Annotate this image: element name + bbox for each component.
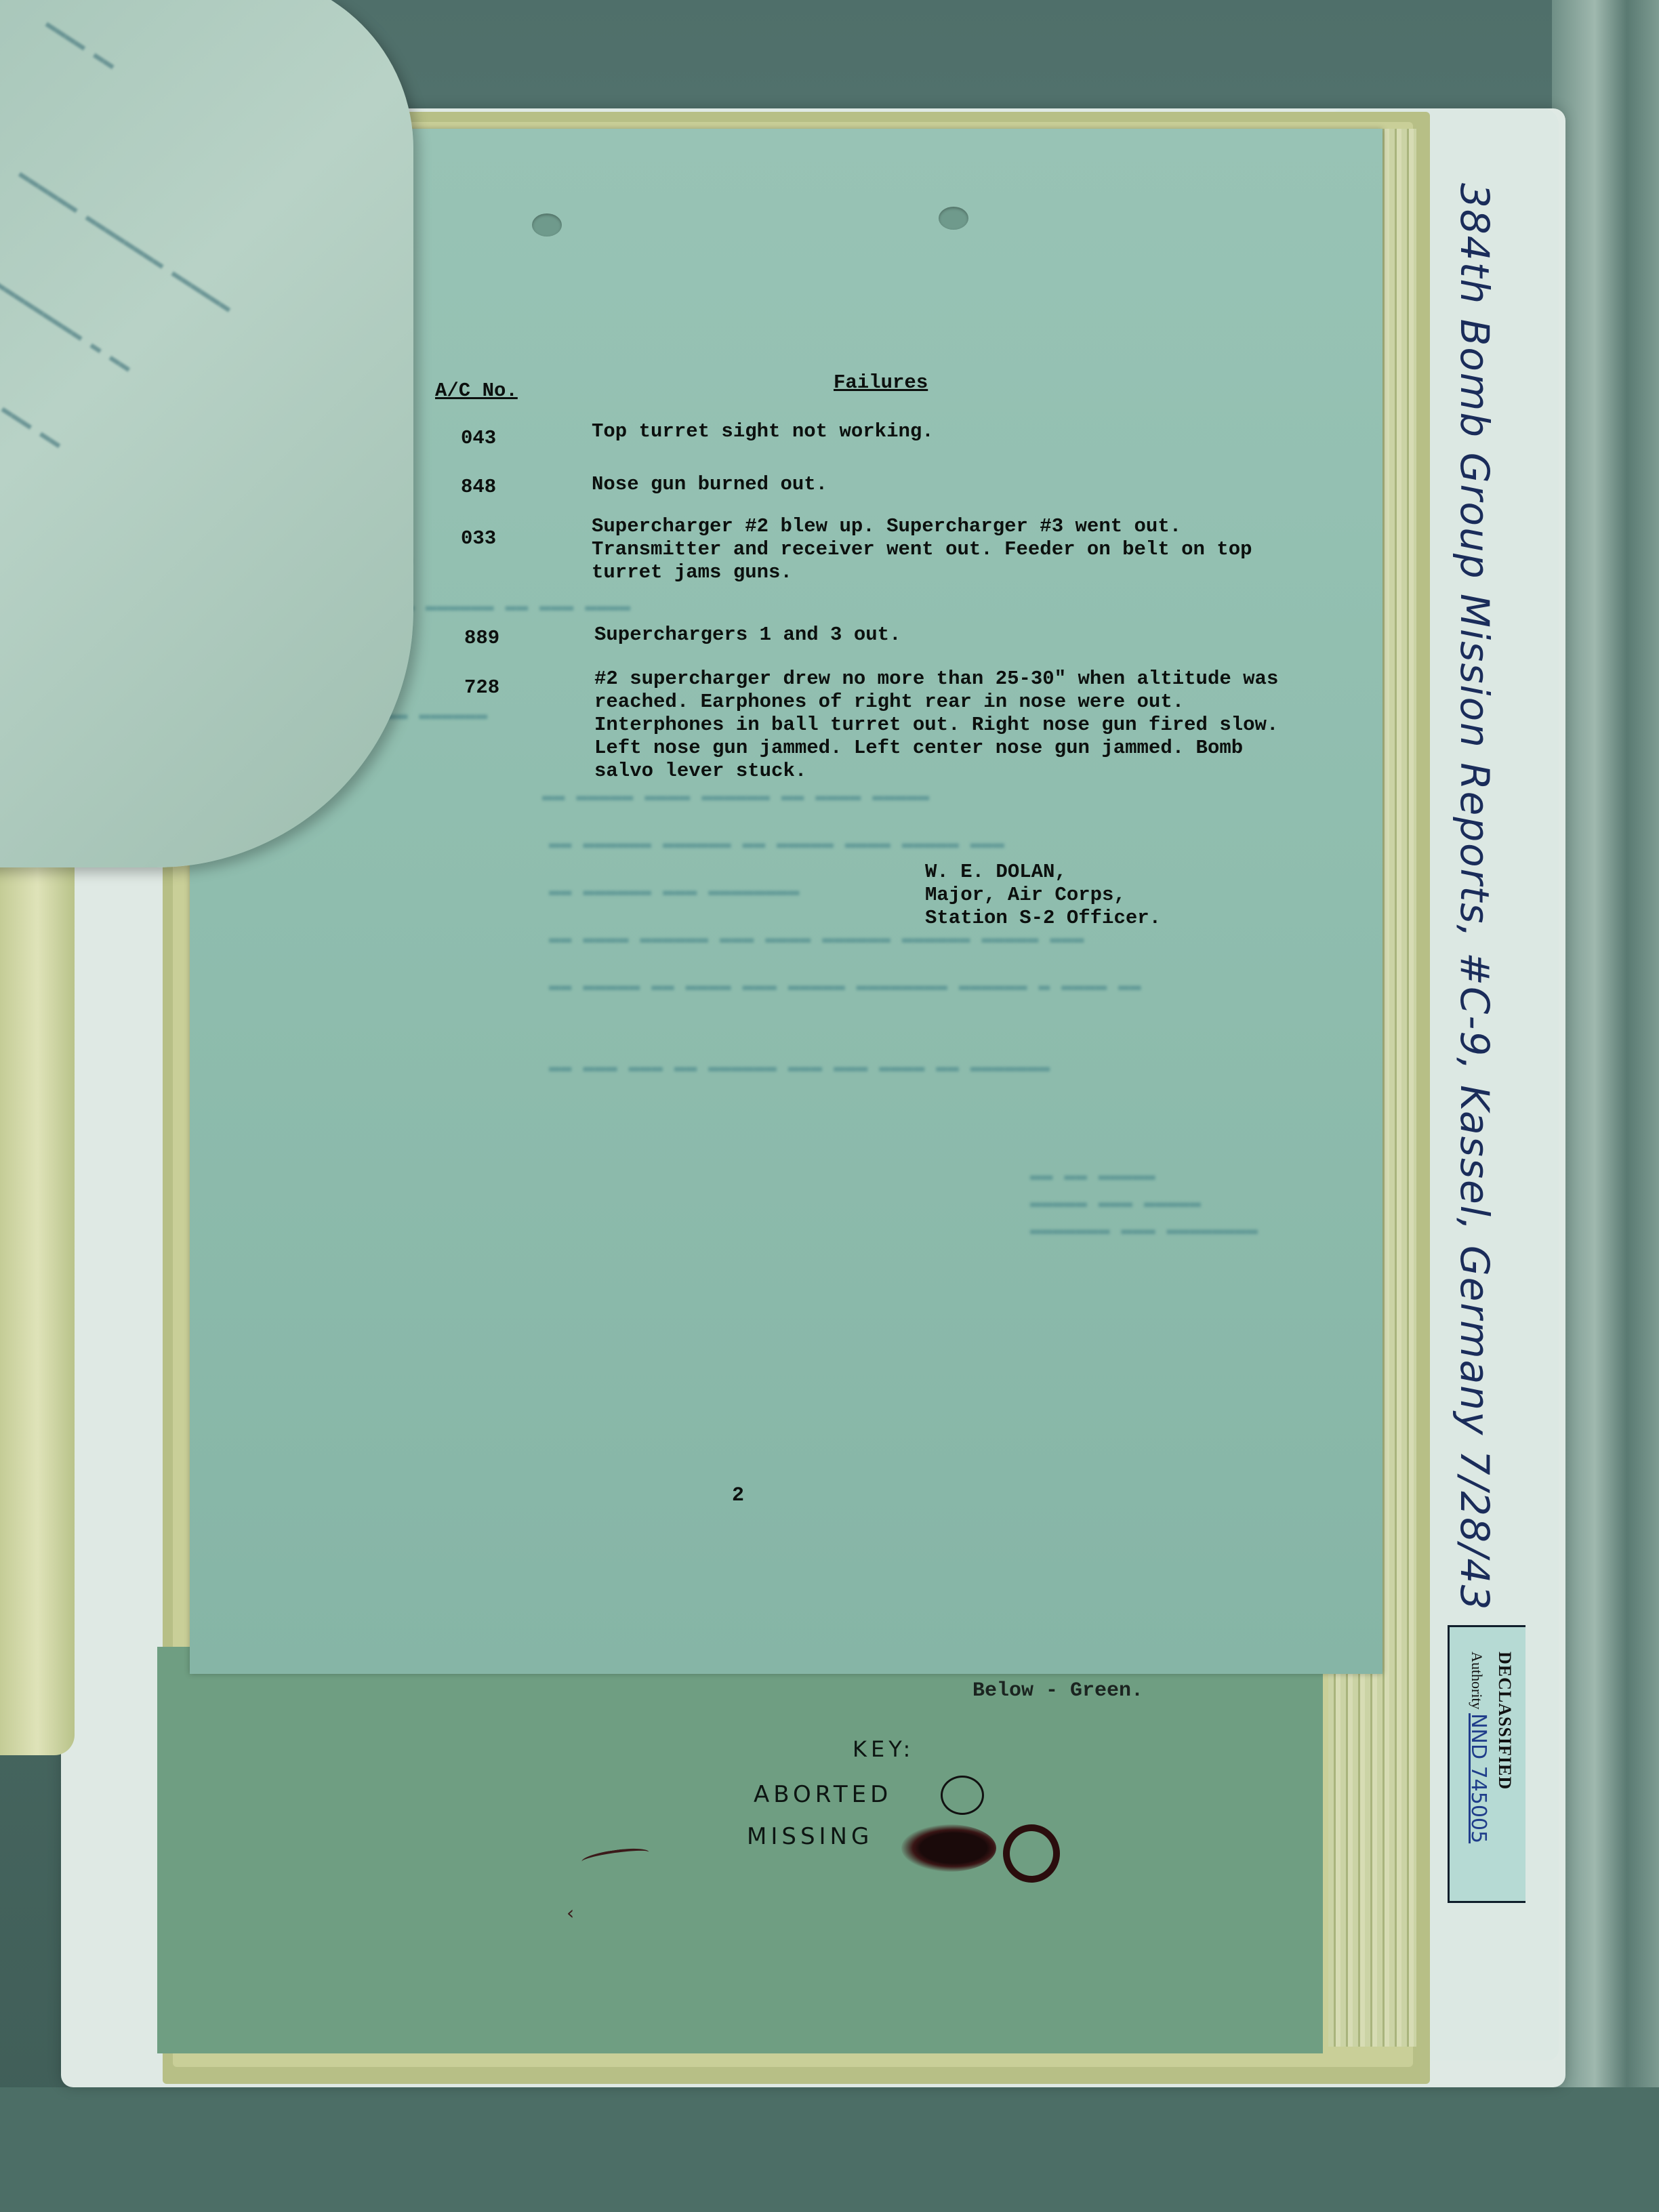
table-row-ac: 848 — [461, 476, 496, 499]
pencil-mark-2: ‹ — [567, 1902, 574, 1924]
table-row-ac: 033 — [461, 527, 496, 550]
desk-surface-bottom — [0, 2087, 1659, 2212]
key-missing-label: MISSING — [747, 1823, 873, 1850]
lower-sheet-typed-text: Below - Green. — [972, 1679, 1143, 1702]
table-row-failure: Top turret sight not working. — [592, 420, 934, 443]
column-header-ac-no: A/C No. — [435, 380, 518, 403]
bleed-through-text: ▬▬ ▬▬▬▬ ▬▬▬▬▬▬ ▬▬▬ ▬▬▬▬ ▬▬▬▬▬▬ ▬▬▬▬▬▬ ▬▬… — [549, 928, 1084, 949]
signature-name: W. E. DOLAN, — [925, 861, 1161, 884]
stamp-authority-number: NND 745005 — [1467, 1713, 1490, 1843]
declassified-stamp: DECLASSIFIED Authority NND 745005 — [1448, 1625, 1525, 1903]
stamp-title: DECLASSIFIED — [1494, 1652, 1515, 1843]
lower-sheet — [157, 1647, 1323, 2053]
curled-page-text: ▬▬▬▬▬▬▬▬▬▬ ▬ ▬▬ — [0, 267, 136, 377]
stamp-authority-label: Authority — [1469, 1652, 1486, 1710]
table-row-ac: 728 — [464, 676, 499, 699]
left-page-stack — [0, 813, 75, 1755]
curled-page[interactable]: ▬▬▬▬ ▬▬ ▬▬▬▬▬▬ ▬▬▬▬▬▬▬▬ ▬▬▬▬▬▬ ▬▬▬▬▬▬▬▬▬… — [0, 0, 413, 867]
signature-block: W. E. DOLAN, Major, Air Corps, Station S… — [925, 861, 1161, 930]
curled-page-text: ▬▬▬▬▬▬ ▬▬▬▬▬▬▬▬ ▬▬▬▬▬▬ — [14, 164, 236, 318]
curled-page-text: ▬▬ ▬▬▬ ▬▬ — [0, 380, 66, 453]
signature-title: Station S-2 Officer. — [925, 907, 1161, 930]
signature-rank: Major, Air Corps, — [925, 884, 1161, 907]
table-row-ac: 889 — [464, 627, 499, 650]
table-row-ac: 043 — [461, 427, 496, 450]
table-row-failure: Nose gun burned out. — [592, 473, 827, 496]
column-header-failures: Failures — [834, 371, 928, 394]
key-aborted-label: ABORTED — [754, 1781, 892, 1808]
folder-label-text: 384th Bomb Group Mission Reports, #C-9, … — [1452, 183, 1498, 1611]
missing-filled-circle-icon — [901, 1824, 996, 1872]
bleed-through-text: ▬▬ ▬▬▬▬▬▬ ▬▬▬ ▬▬▬▬▬▬▬▬ — [549, 881, 800, 902]
punch-hole — [939, 207, 968, 230]
curled-page-text: ▬▬▬▬ ▬▬ — [41, 14, 120, 75]
bleed-through-text: ▬▬ ▬▬▬▬▬ ▬▬▬▬ ▬▬▬▬▬▬ ▬▬ ▬▬▬▬ ▬▬▬▬▬ — [542, 786, 929, 807]
folder-label: 384th Bomb Group Mission Reports, #C-9, … — [1457, 183, 1511, 1525]
stamp-authority: Authority NND 745005 — [1467, 1652, 1490, 1843]
desk-surface — [1552, 0, 1659, 2212]
key-title: KEY: — [853, 1736, 914, 1762]
table-row-failure: Supercharger #2 blew up. Supercharger #3… — [592, 515, 1269, 584]
bleed-through-text: ▬▬ ▬▬▬▬▬ ▬▬ ▬▬▬▬ ▬▬▬ ▬▬▬▬▬ ▬▬▬▬▬▬▬▬ ▬▬▬▬… — [549, 976, 1141, 997]
bleed-through-text: ▬▬ ▬▬▬ ▬▬▬ ▬▬ ▬▬▬▬▬▬ ▬▬▬ ▬▬▬ ▬▬▬▬ ▬▬ ▬▬▬… — [549, 1057, 1050, 1078]
table-row-failure: Superchargers 1 and 3 out. — [594, 623, 901, 647]
bleed-through-text: ▬▬ ▬▬▬▬▬▬ ▬▬▬▬▬▬ ▬▬ ▬▬▬▬▬ ▬▬▬▬ ▬▬▬▬▬ ▬▬▬ — [549, 834, 1004, 855]
missing-ring-circle-icon — [1003, 1824, 1060, 1883]
page-number: 2 — [732, 1484, 744, 1507]
bleed-through-text: ▬▬▬▬▬ ▬▬▬ ▬▬▬▬▬ — [1030, 1193, 1201, 1214]
table-row-failure: #2 supercharger drew no more than 25-30"… — [594, 668, 1286, 783]
bleed-through-text: ▬▬▬▬▬▬▬ ▬▬▬ ▬▬▬▬▬▬▬▬ — [1030, 1220, 1258, 1241]
aborted-circle-icon — [941, 1776, 984, 1815]
bleed-through-text: ▬▬ ▬▬ ▬▬▬▬▬ — [1030, 1166, 1155, 1187]
punch-hole — [532, 213, 562, 237]
